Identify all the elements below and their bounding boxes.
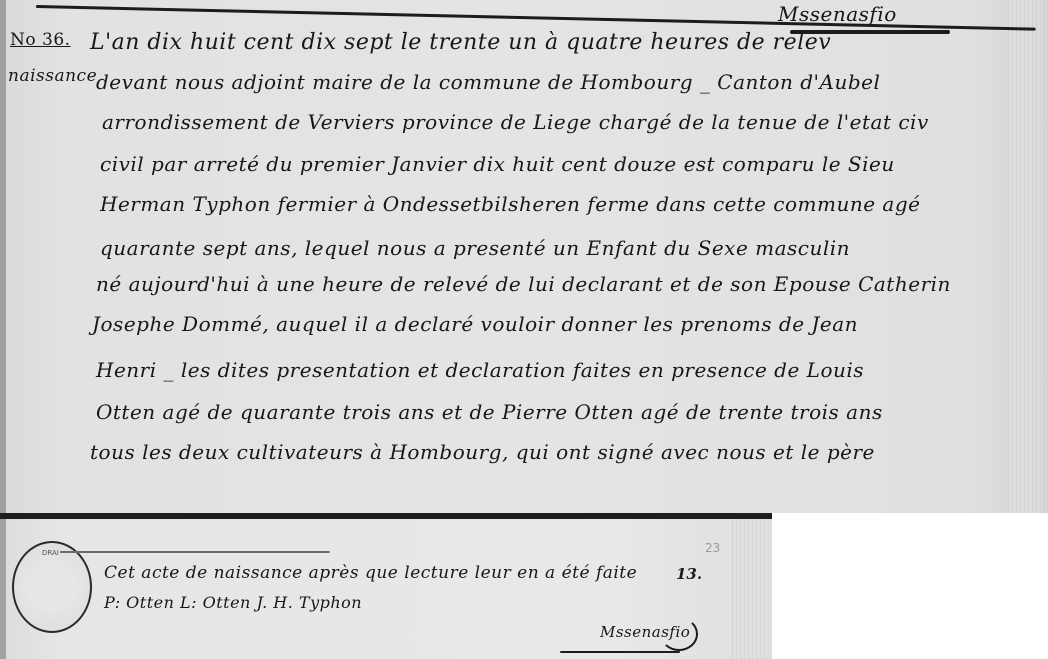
record-line-3: arrondissement de Verviers province de L…: [102, 110, 929, 134]
reference-number: 13.: [676, 565, 702, 583]
record-line-8: Josephe Dommé, auquel il a declaré voulo…: [92, 312, 858, 336]
page-edge: [732, 519, 766, 659]
document-scan-top: Mssenasfio No 36. naissance L'an dix hui…: [0, 0, 1048, 513]
signature-flourish: [660, 617, 698, 651]
margin-label-naissance: naissance: [8, 66, 97, 86]
record-line-11: tous les deux cultivateurs à Hombourg, q…: [90, 440, 875, 464]
record-line-4: civil par arreté du premier Janvier dix …: [100, 152, 895, 176]
page-binding-edge: [0, 0, 6, 513]
page-binding-edge: [0, 519, 6, 659]
record-number: No 36.: [10, 30, 71, 50]
pencil-page-number: 23: [705, 541, 720, 555]
record-line-9: Henri _ les dites presentation et declar…: [96, 358, 864, 382]
closing-line-1: Cet acte de naissance après que lecture …: [104, 563, 637, 583]
record-line-7: né aujourd'hui à une heure de relevé de …: [96, 272, 951, 296]
record-line-1: L'an dix huit cent dix sept le trente un…: [90, 30, 831, 55]
record-line-5: Herman Typhon fermier à Ondessetbilshere…: [100, 192, 920, 216]
faint-rule: [60, 551, 330, 553]
record-line-6: quarante sept ans, lequel nous a present…: [100, 236, 850, 260]
record-line-10: Otten agé de quarante trois ans et de Pi…: [96, 400, 883, 424]
record-line-2: devant nous adjoint maire de la commune …: [96, 70, 880, 94]
signature-underline: [560, 651, 680, 653]
page-edge: [1008, 0, 1042, 513]
witness-signatures: P: Otten L: Otten J. H. Typhon: [104, 593, 362, 612]
official-seal-stamp: DRAI: [12, 541, 92, 633]
document-scan-bottom: DRAI 23 Cet acte de naissance après que …: [0, 513, 772, 659]
